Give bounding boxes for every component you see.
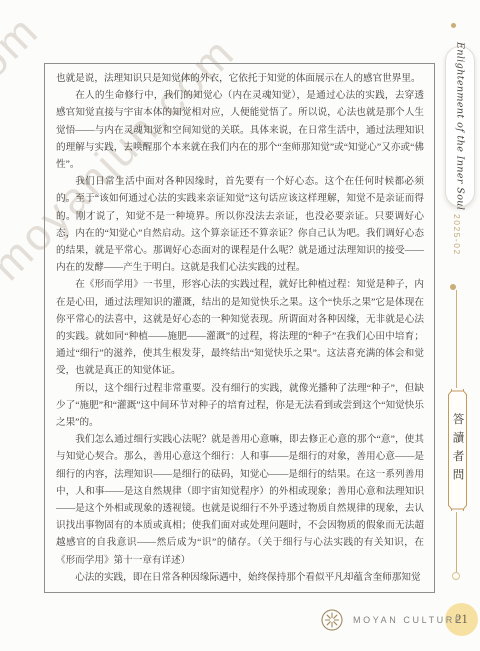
watermark-text: moyanjun.com xyxy=(0,6,49,269)
paragraph: 心法的实践，即在日常各种因缘际遇中，始终保持那个看似平凡却蕴含奎师那知觉 xyxy=(56,569,424,586)
paragraph: 在《形而学用》一书里，形容心法的实践过程，就好比种植过程：知觉是种子，内在是心田… xyxy=(56,276,424,379)
column-banner: 答讀者問 xyxy=(446,388,469,512)
article-body: 也就是说，法理知识只是知觉体的外衣，它依托于知觉的体面展示在人的感官世界里。 在… xyxy=(45,64,434,586)
paragraph: 所以，这个细行过程非常重要。没有细行的实践，就像光播种了法理“种子”，但缺少了“… xyxy=(56,380,424,432)
issue-number: 2025-02 xyxy=(452,214,462,256)
paragraph: 我们日常生活中面对各种因缘时，首先要有一个好心态。这个在任何时候都必须的。至于“… xyxy=(56,173,424,276)
sidebar-line-upper xyxy=(456,290,457,388)
article-frame: 也就是说，法理知识只是知觉体的外衣，它依托于知觉的体面展示在人的感官世界里。 在… xyxy=(44,63,435,593)
sidebar-dot-top xyxy=(451,23,456,28)
magazine-page: moyanjun.com moyanjun.com 也就是说，法理知识只是知觉体… xyxy=(0,0,480,651)
sidebar-line-lower xyxy=(456,512,457,572)
paragraph: 也就是说，法理知识只是知觉体的外衣，它依托于知觉的体面展示在人的感官世界里。 xyxy=(56,70,424,87)
publisher-logo xyxy=(321,609,343,631)
column-title: 答讀者問 xyxy=(446,388,469,512)
journal-title-pill: Enlightenment of the Inner Soul xyxy=(445,46,475,207)
sidebar-ring xyxy=(452,572,460,580)
paragraph: 在人的生命修行中，我们的知觉心（内在灵魂知觉），是通过心法的实践，去穿透感官知觉… xyxy=(56,87,424,173)
paragraph: 我们怎么通过细行实践心法呢？就是善用心意嘛，即去修正心意的那个“意”，使其与知觉… xyxy=(56,431,424,569)
star-asterisk-icon xyxy=(321,609,343,631)
journal-title: Enlightenment of the Inner Soul xyxy=(455,42,466,210)
publisher-name: MOYAN CULTURE xyxy=(353,615,463,625)
